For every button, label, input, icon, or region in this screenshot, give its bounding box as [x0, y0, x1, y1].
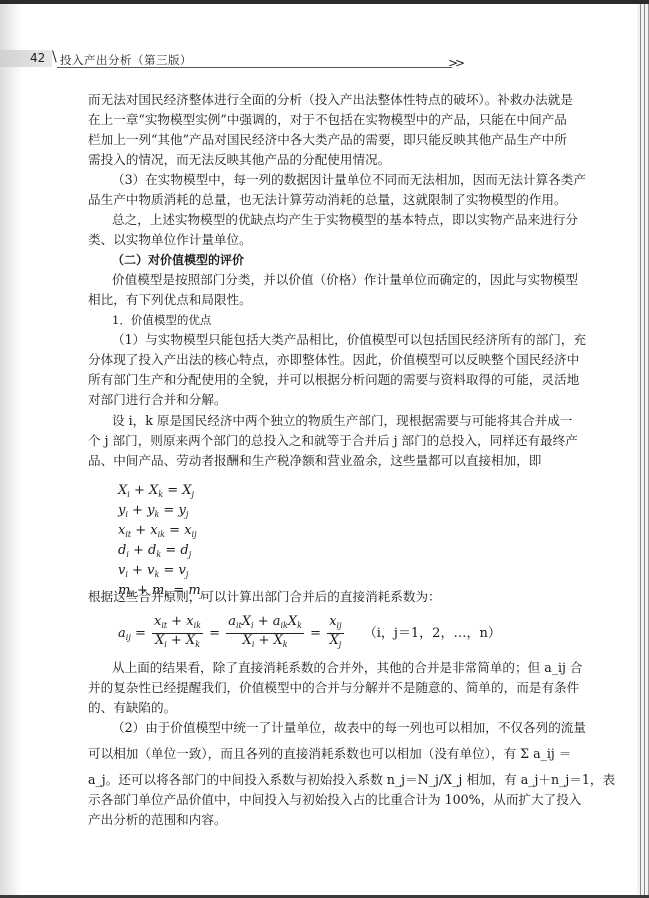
text-line: 产出分析的范围和内容。 — [88, 813, 227, 827]
section-heading: （二）对价值模型的评价 — [112, 253, 244, 267]
equation: vi + vk = vj — [118, 563, 188, 579]
page-gutter-shadow — [0, 4, 22, 895]
fraction: xijXj — [327, 615, 343, 652]
text-line: 在上一章“实物模型实例”中强调的，对于不包括在实物模型中的产品，只能在中间产品 — [88, 113, 567, 127]
text-line: 总之，上述实物模型的优缺点均产生于实物模型的基本特点，即以实物产品来进行分 — [112, 213, 578, 227]
text-line: 价值模型是按照部门分类，并以价值（价格）作计量单位而确定的，因此与实物模型 — [112, 273, 578, 287]
subsection-heading: 1．价值模型的优点 — [112, 313, 211, 327]
page-stack-edge — [637, 4, 649, 895]
fraction: aitXi + aikXkXi + Xk — [226, 615, 304, 652]
running-header: 42 \ 投入产出分析（第三版） >> — [0, 50, 570, 68]
equation: xit + xik = xij — [118, 523, 197, 539]
text-line: 从上面的结果看，除了直接消耗系数的合并外，其他的合并是非常简单的；但 a_ij … — [112, 661, 583, 675]
text-line: 可以相加（单位一致），而且各列的直接消耗系数也可以相加（没有单位），有 Σ a_… — [88, 747, 571, 761]
text-line: 的、有缺陷的。 — [88, 701, 176, 715]
text-line: 设 i，k 原是国民经济中两个独立的物质生产部门，现根据需要与可能将其合并成一 — [112, 414, 572, 428]
formula-condition: （i，j＝1，2，…，n） — [364, 626, 501, 641]
page-number: 42 — [30, 51, 45, 65]
merged-coefficient-formula: aij = xit + xikXi + Xk = aitXi + aikXkXi… — [118, 615, 501, 652]
equation: di + dk = dj — [118, 543, 191, 559]
text-line: 分体现了投入产出法的核心特点，亦即整体性。因此，价值模型可以反映整个国民经济中 — [88, 353, 579, 367]
text-line: 而无法对国民经济整体进行全面的分析（投入产出法整体性特点的破坏）。补救办法就是 — [88, 93, 573, 107]
text-line: 需投入的情况，而无法反映其他产品的分配使用情况。 — [88, 153, 390, 167]
book-title: 投入产出分析（第三版） — [60, 52, 192, 68]
header-divider: \ — [52, 49, 57, 65]
double-chevron-right-icon: >> — [448, 56, 462, 70]
text-line: 栏加上一列“其他”产品对国民经济中各大类产品的需要，即只能反映其他产品生产中所 — [88, 133, 567, 147]
header-rule — [57, 67, 452, 68]
text-line: 品生产中物质消耗的总量，也无法计算劳动消耗的总量，这就限制了实物模型的作用。 — [88, 193, 567, 207]
fraction: xit + xikXi + Xk — [152, 615, 203, 652]
text-line: 对部门进行合并和分解。 — [88, 393, 227, 407]
equation: Xi + Xk = Xj — [118, 483, 194, 499]
text-line: 个 j 部门，则原来两个部门的总投入之和就等于合并后 j 部门的总投入，同样还有… — [88, 434, 578, 448]
text-line: 相比，有下列优点和局限性。 — [88, 293, 252, 307]
text-line: 类、以实物单位作计量单位。 — [88, 233, 252, 247]
equation: yi + yk = yj — [118, 503, 188, 519]
window-top-border — [0, 0, 649, 4]
text-line: （2）由于价值模型中统一了计量单位，故表中的每一列也可以相加，不仅各列的流量 — [112, 721, 586, 735]
formula-intro: 根据这些合并原则，可以计算出部门合并后的直接消耗系数为： — [88, 590, 441, 604]
text-line: 所有部门生产和分配使用的全貌，并可以根据分析问题的需要与资料取得的可能，灵活地 — [88, 373, 579, 387]
text-line: （1）与实物模型只能包括大类产品相比，价值模型可以包括国民经济所有的部门，充 — [112, 333, 586, 347]
text-line: 品、中间产品、劳动者报酬和生产税净额和营业盈余，这些量都可以直接相加，即 — [88, 454, 541, 468]
text-line: （3）在实物模型中，每一列的数据因计量单位不同而无法相加，因而无法计算各类产 — [112, 173, 586, 187]
text-line: 并的复杂性已经提醒我们，价值模型中的合并与分解并不是随意的、简单的，而是有条件 — [88, 681, 579, 695]
text-line: 示各部门单位产品价值中，中间投入与初始投入占的比重合计为 100%，从而扩大了投… — [88, 793, 581, 807]
text-line: a_j。还可以将各部门的中间投入系数与初始投入系数 n_j＝N_j/X_j 相加… — [88, 773, 615, 787]
